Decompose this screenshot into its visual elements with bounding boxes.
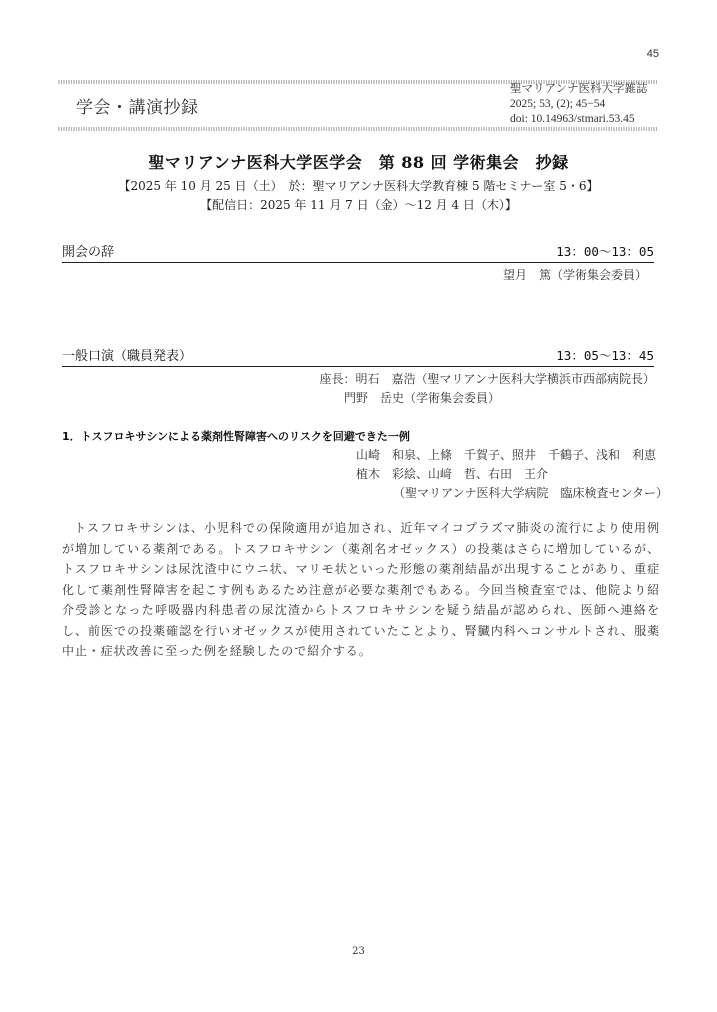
- session-header-opening: 開会の辞 13：00〜13：05: [62, 241, 654, 263]
- header-bottom-border: [58, 127, 658, 131]
- journal-page-number: 45: [647, 48, 659, 60]
- session-chair-2: 門野 岳史（学術集会委員）: [344, 389, 500, 406]
- section-label: 学会・講演抄録: [76, 93, 199, 118]
- session-presenter: 望月 篤（学術集会委員）: [503, 266, 647, 283]
- session-title: 開会の辞: [62, 241, 114, 260]
- talk-title: 1．トスフロキサシンによる薬剤性腎障害へのリスクを回避できた一例: [62, 428, 410, 444]
- session-title: 一般口演（職員発表）: [62, 345, 192, 364]
- meeting-date-venue: 【2025 年 10 月 25 日（土） 於：聖マリアンナ医科大学教育棟 5 階…: [0, 177, 717, 194]
- session-chair-1: 座長：明石 嘉浩（聖マリアンナ医科大学横浜市西部病院長）: [319, 370, 655, 387]
- journal-name: 聖マリアンナ医科大学雑誌: [510, 82, 648, 97]
- session-time: 13：00〜13：05: [556, 242, 654, 260]
- session-header-oral: 一般口演（職員発表） 13：05〜13：45: [62, 345, 654, 367]
- journal-doi: doi: 10.14963/stmari.53.45: [510, 112, 648, 127]
- talk-abstract: トスフロキサシンは、小児科での保険適用が追加され、近年マイコプラズマ肺炎の流行に…: [62, 518, 660, 662]
- talk-authors-line-1: 山崎 和泉、上條 千賀子、照井 千鶴子、浅和 利恵: [356, 446, 656, 463]
- talk-authors-line-2: 植木 彩絵、山﨑 哲、右田 王介: [356, 465, 548, 482]
- session-time: 13：05〜13：45: [556, 346, 654, 364]
- footer-page-number: 23: [0, 946, 717, 957]
- meeting-streaming-dates: 【配信日：2025 年 11 月 7 日（金）〜12 月 4 日（木）】: [0, 196, 717, 213]
- journal-info: 聖マリアンナ医科大学雑誌 2025; 53, (2); 45−54 doi: 1…: [510, 82, 648, 127]
- meeting-title: 聖マリアンナ医科大学医学会 第 88 回 学術集会 抄録: [0, 150, 717, 173]
- talk-affiliation: （聖マリアンナ医科大学病院 臨床検査センター）: [393, 484, 668, 501]
- journal-citation: 2025; 53, (2); 45−54: [510, 97, 648, 112]
